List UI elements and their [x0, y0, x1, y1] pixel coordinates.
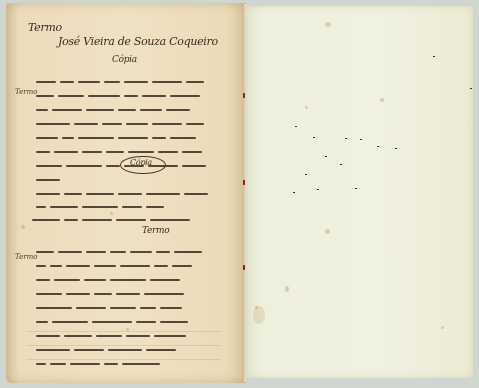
paper-stain: [325, 229, 330, 234]
text-line: [36, 127, 226, 137]
text-line: [36, 196, 226, 206]
section-mark-1: Cópia: [112, 55, 137, 65]
bleed-line: [26, 345, 221, 346]
section-mark-2: Cópia: [130, 158, 152, 167]
ink-speck: [355, 188, 357, 189]
paper-stain: [21, 225, 25, 229]
text-line: [36, 255, 226, 265]
header-label: Termo: [28, 21, 62, 34]
name-line: José Vieira de Souza Coqueiro: [58, 35, 218, 48]
text-line: [36, 269, 226, 279]
margin-note-2: Termo: [15, 253, 37, 261]
ink-speck: [293, 192, 295, 193]
paper-stain: [380, 98, 384, 102]
text-line: [36, 353, 226, 363]
text-line: [36, 241, 226, 251]
text-line: [36, 325, 226, 335]
text-line: [36, 99, 226, 109]
ink-speck: [313, 137, 315, 138]
right-page: [245, 6, 473, 378]
ink-speck: [340, 164, 342, 165]
text-line: [36, 183, 226, 193]
ink-speck: [305, 174, 307, 175]
margin-note-1: Termo: [15, 88, 37, 96]
ink-speck: [433, 56, 435, 57]
ink-speck: [360, 139, 362, 140]
bleed-line: [26, 359, 221, 360]
paper-stain: [441, 326, 444, 329]
text-line: [36, 311, 226, 321]
paper-stain: [110, 212, 113, 215]
text-line: [36, 85, 226, 95]
paper-stain: [325, 22, 331, 27]
bleed-line: [26, 331, 221, 332]
paper-stain: [305, 106, 308, 109]
text-line: [36, 71, 226, 81]
ink-speck: [317, 189, 319, 190]
text-line: [36, 283, 226, 293]
open-manuscript-book: Termo José Vieira de Souza Coqueiro Cópi…: [0, 0, 479, 388]
paper-stain: [285, 286, 289, 292]
text-line: [32, 209, 222, 219]
text-line: [36, 339, 226, 349]
ink-speck: [325, 156, 327, 157]
ink-speck: [395, 148, 397, 149]
paper-stain: [255, 306, 258, 309]
left-page: Termo José Vieira de Souza Coqueiro Cópi…: [6, 3, 246, 383]
text-line: [36, 141, 226, 151]
ink-speck: [470, 88, 472, 89]
text-line: [36, 113, 226, 123]
ink-speck: [377, 146, 379, 147]
section-mark-3: Termo: [142, 226, 169, 236]
ink-speck: [345, 138, 347, 139]
text-line: [36, 297, 226, 307]
ink-speck: [295, 126, 297, 127]
